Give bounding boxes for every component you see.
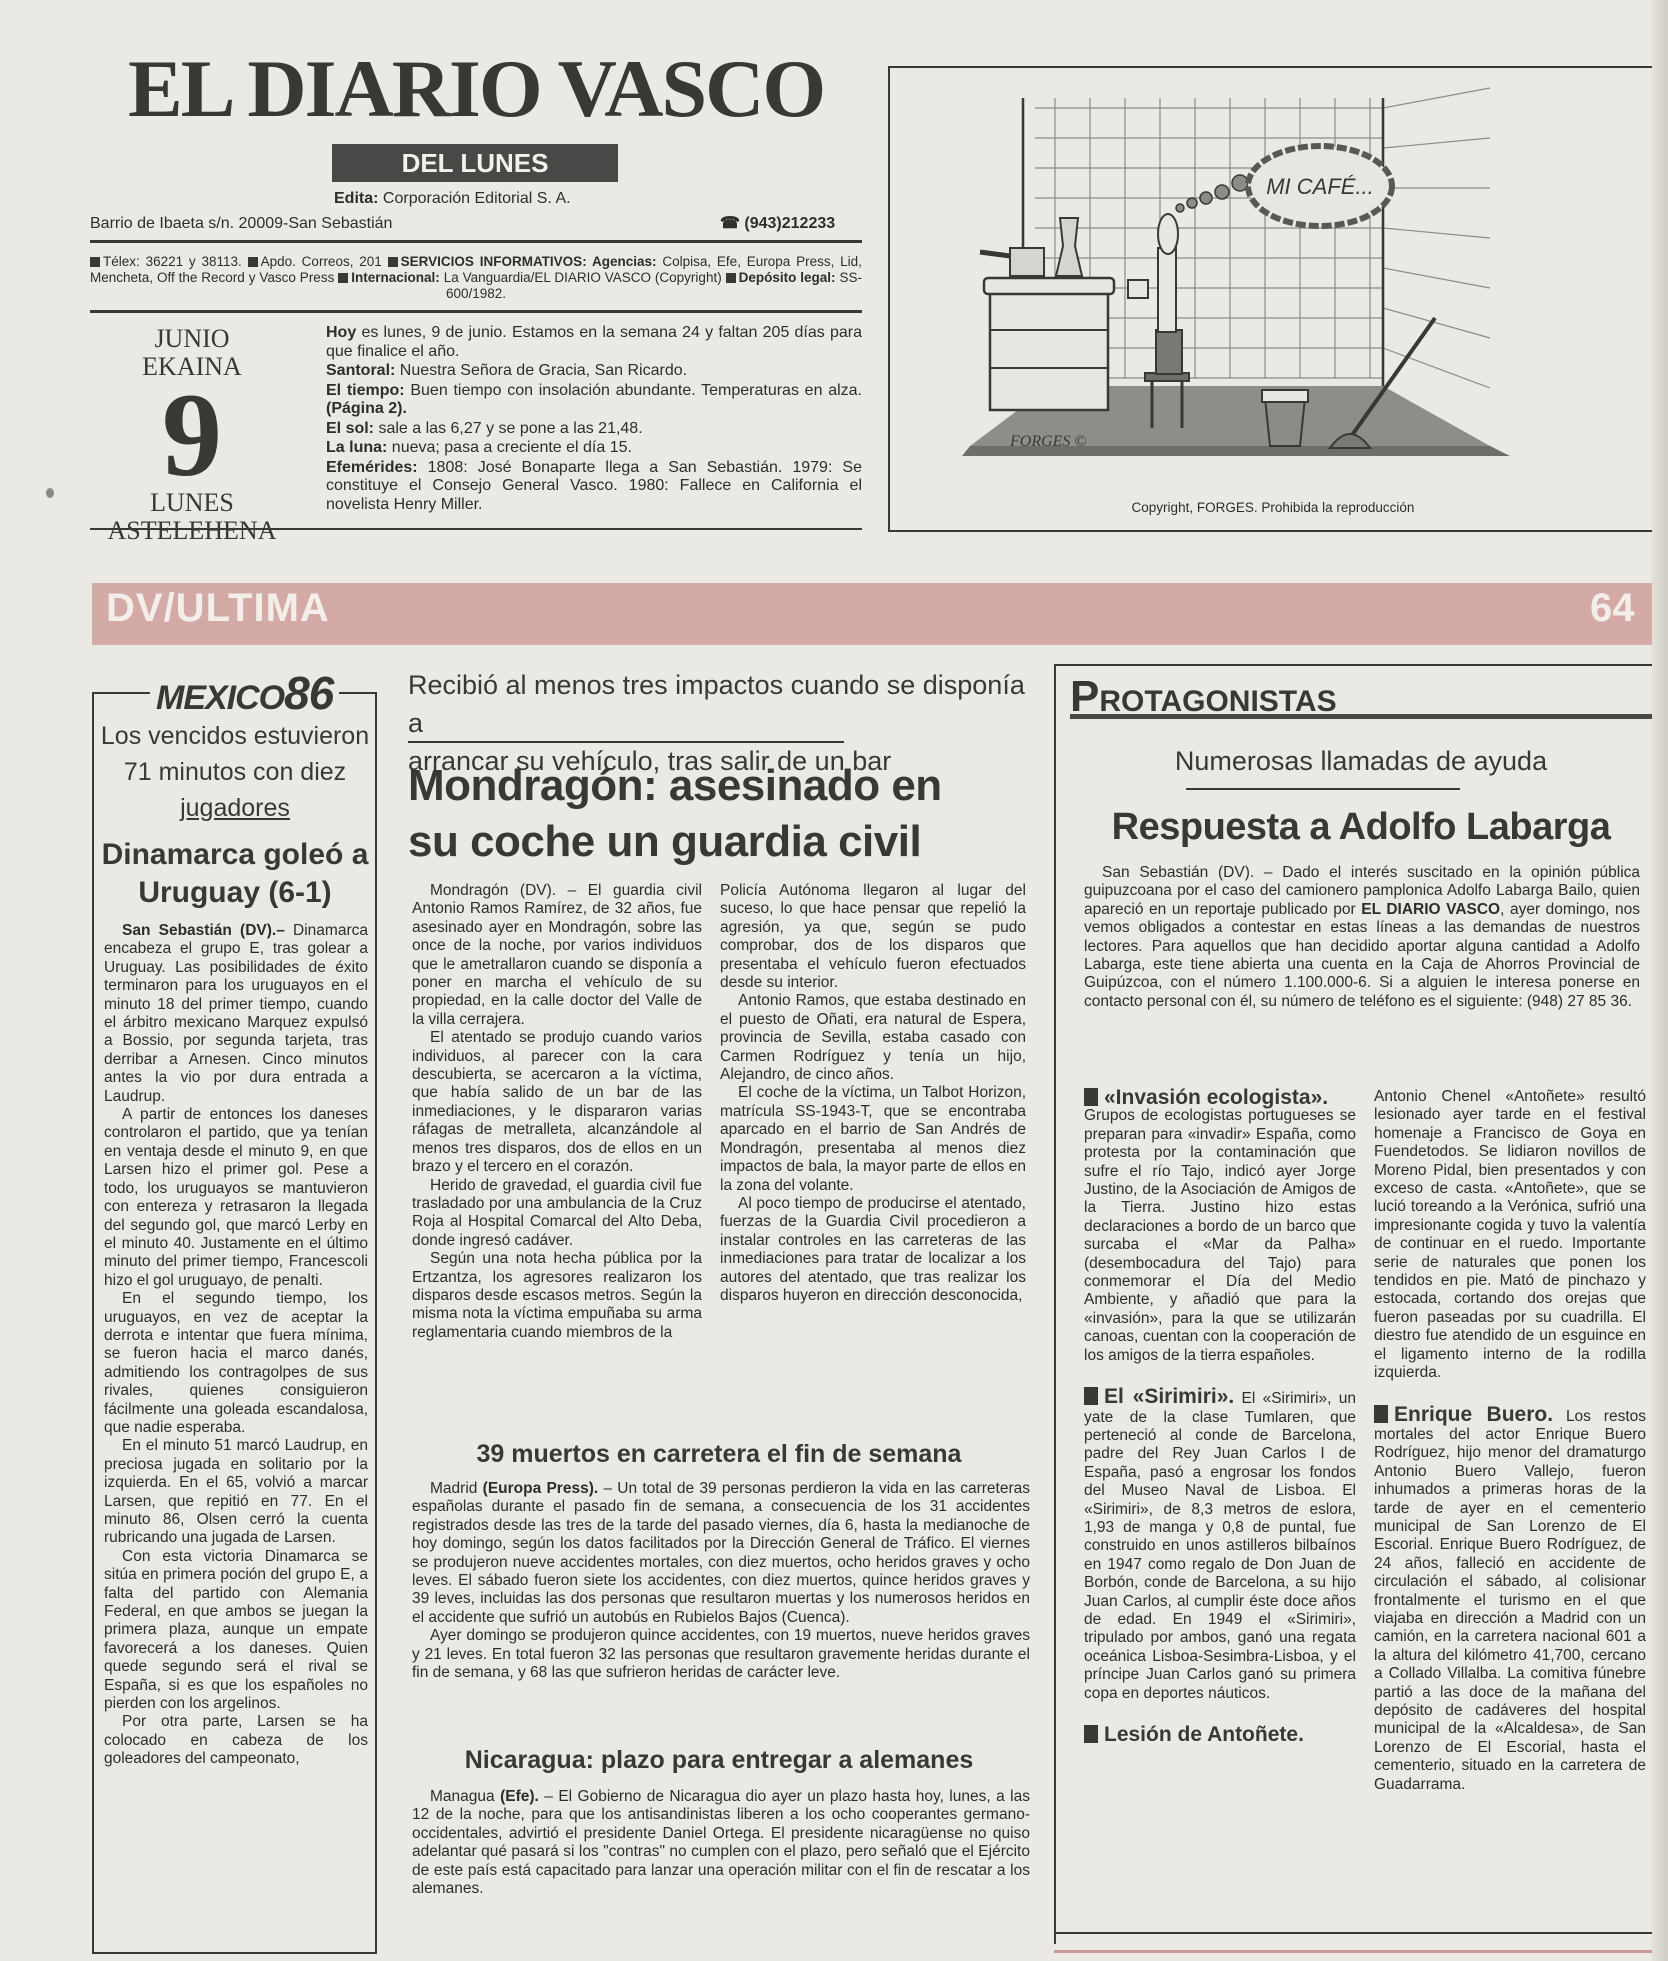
brief-item: Enrique Buero. Los restos mortales del a… xyxy=(1374,1405,1646,1795)
paragraph: Mondragón (DV). – El guardia civil Anton… xyxy=(412,882,702,1029)
bullet-square-icon xyxy=(1084,1387,1098,1405)
paragraph: A partir de entonces los daneses control… xyxy=(104,1106,368,1290)
briefs-col1: «Invasión ecologista». Grupos de ecologi… xyxy=(1084,1088,1356,1744)
phone-line: ☎ (943)212233 xyxy=(720,213,835,233)
main-headline: Mondragón: asesinado en su coche un guar… xyxy=(408,758,1038,870)
kicker-underline xyxy=(408,741,844,743)
events-label: Efemérides: xyxy=(326,459,418,476)
brief-title-text: Enrique Buero. xyxy=(1394,1403,1553,1426)
paragraph: En el segundo tiempo, los uruguayos, en … xyxy=(104,1290,368,1437)
cartoon-caption: Copyright, FORGES. Prohibida la reproduc… xyxy=(888,500,1658,515)
paragraph: San Sebastián (DV). – Dado el interés su… xyxy=(1084,864,1640,1011)
brief-item: «Invasión ecologista». Grupos de ecologi… xyxy=(1084,1088,1356,1365)
almanac-moon: La luna: nueva; pasa a creciente el día … xyxy=(326,439,862,458)
bullet-square-icon xyxy=(1374,1405,1388,1423)
roads-article-body: Madrid (Europa Press). – Un total de 39 … xyxy=(412,1480,1030,1682)
bullet-square-icon xyxy=(90,257,100,267)
almanac-events: Efemérides: 1808: José Bonaparte llega a… xyxy=(326,459,862,515)
thought-bubble-text: MI CAFÉ... xyxy=(1266,174,1374,199)
briefs-col2: Antonio Chenel «Antoñete» resultó lesion… xyxy=(1374,1088,1646,1794)
almanac-weather: El tiempo: Buen tiempo con insolación ab… xyxy=(326,382,862,419)
paragraph: Por otra parte, Larsen se ha colocado en… xyxy=(104,1713,368,1768)
weather-text: Buen tiempo con insolación abundante. Te… xyxy=(410,382,862,399)
headline-line: Mondragón: asesinado en xyxy=(408,758,1038,814)
nicaragua-headline: Nicaragua: plazo para entregar a alemane… xyxy=(410,1746,1028,1775)
moon-text: nueva; pasa a creciente el día 15. xyxy=(392,439,632,456)
dateline-city: Managua xyxy=(430,1788,495,1805)
weather-page-ref: (Página 2). xyxy=(326,400,407,417)
telex: Télex: 36221 y 38113. xyxy=(103,254,242,269)
kicker-underline xyxy=(1186,788,1460,790)
po-box: Apdo. Correos, 201 xyxy=(261,254,382,269)
section-label: DV/ULTIMA xyxy=(106,586,330,631)
moon-label: La luna: xyxy=(326,439,387,456)
brief-text: Grupos de ecologistas portugueses se pre… xyxy=(1084,1107,1356,1365)
bullet-square-icon xyxy=(1084,1088,1098,1106)
newspaper-title: EL DIARIO VASCO xyxy=(128,48,828,130)
bullet-square-icon xyxy=(726,273,736,283)
divider xyxy=(1054,1932,1668,1934)
kicker-line: 71 minutos con diez xyxy=(96,754,374,790)
kicker-line: jugadores xyxy=(96,790,374,826)
brief-continuation: Antonio Chenel «Antoñete» resultó lesion… xyxy=(1374,1088,1646,1383)
almanac: Hoy es lunes, 9 de junio. Estamos en la … xyxy=(326,324,862,515)
today-label: Hoy xyxy=(326,324,356,341)
paragraph-text: Dinamarca encabeza el grupo E, tras gole… xyxy=(104,922,368,1105)
mexico-article-body: San Sebastián (DV).– Dinamarca encabeza … xyxy=(104,922,368,1769)
protagonistas-kicker: Numerosas llamadas de ayuda xyxy=(1054,746,1668,777)
bullet-square-icon xyxy=(1084,1725,1098,1743)
paragraph: Antonio Ramos, que estaba destinado en e… xyxy=(720,992,1026,1084)
dateline-agency: (Efe). xyxy=(500,1788,539,1805)
paragraph-text: – El guardia civil Antonio Ramos Ramírez… xyxy=(412,882,702,1028)
almanac-saints: Santoral: Nuestra Señora de Gracia, San … xyxy=(326,362,862,381)
saints-label: Santoral: xyxy=(326,362,395,379)
paragraph: Al poco tiempo de producirse el atentado… xyxy=(720,1195,1026,1305)
page-edge xyxy=(1652,0,1668,1961)
paragraph: Herido de gravedad, el guardia civil fue… xyxy=(412,1177,702,1251)
cartoonist-signature: FORGES © xyxy=(1009,433,1087,450)
address: Barrio de Ibaeta s/n. 20009-San Sebastiá… xyxy=(90,215,392,233)
paragraph: Ayer domingo se produjeron quince accide… xyxy=(412,1627,1030,1682)
dateline: Mondragón (DV). xyxy=(430,882,556,899)
cartoon-frame: MI CAFÉ... FORGES © xyxy=(888,66,1658,532)
today-text: es lunes, 9 de junio. Estamos en la sema… xyxy=(326,324,862,360)
almanac-sun: El sol: sale a las 6,27 y se pone a las … xyxy=(326,420,862,439)
dateline: San Sebastián (DV). xyxy=(1102,864,1254,881)
bullet-square-icon xyxy=(338,273,348,283)
divider xyxy=(90,240,862,243)
logo-year: 86 xyxy=(284,667,333,719)
calendar-block: JUNIO EKAINA 9 LUNES ASTELEHENA xyxy=(92,325,292,545)
legal-deposit-label: Depósito legal: xyxy=(739,270,836,285)
publisher-line: Edita: Corporación Editorial S. A. xyxy=(334,190,571,208)
brief-title: «Invasión ecologista». xyxy=(1084,1088,1356,1107)
phone-icon: ☎ xyxy=(720,215,740,232)
main-article-col2: Policía Autónoma llegaron al lugar del s… xyxy=(720,882,1026,1305)
sun-label: El sol: xyxy=(326,420,374,437)
sun-text: sale a las 6,27 y se pone a las 21,48. xyxy=(378,420,642,437)
brief-text: Los restos mortales del actor Enrique Bu… xyxy=(1374,1408,1646,1793)
brief-title-text: El «Sirimiri». xyxy=(1104,1385,1234,1408)
paragraph: Según una nota hecha pública por la Ertz… xyxy=(412,1250,702,1342)
paragraph: Con esta victoria Dinamarca se sitúa en … xyxy=(104,1548,368,1714)
kicker-line: Los vencidos estuvieron xyxy=(96,718,374,754)
bottom-band xyxy=(1054,1950,1668,1953)
print-smudge xyxy=(46,488,54,498)
paragraph-text: – Un total de 39 personas perdieron la v… xyxy=(412,1480,1030,1626)
paragraph: San Sebastián (DV).– Dinamarca encabeza … xyxy=(104,922,368,1106)
cartoon-illustration: MI CAFÉ... FORGES © xyxy=(890,68,1656,498)
mexico-headline: Dinamarca goleó a Uruguay (6-1) xyxy=(96,836,374,912)
masthead-info: Télex: 36221 y 38113. Apdo. Correos, 201… xyxy=(90,254,862,302)
weekday-basque: ASTELEHENA xyxy=(92,517,292,545)
divider xyxy=(90,528,862,530)
mexico-kicker: Los vencidos estuvieron 71 minutos con d… xyxy=(96,718,374,826)
dateline: San Sebastián (DV).– xyxy=(122,922,285,939)
logo-text: MEXICO xyxy=(156,679,284,717)
newspaper-name: EL DIARIO VASCO xyxy=(1361,901,1500,918)
publisher-label: Edita: xyxy=(334,190,378,207)
brief-item: Lesión de Antoñete. xyxy=(1084,1725,1356,1744)
publisher-name: Corporación Editorial S. A. xyxy=(383,190,571,207)
paragraph: En el minuto 51 marcó Laudrup, en precio… xyxy=(104,1437,368,1547)
bullet-square-icon xyxy=(248,257,258,267)
kicker-line: Recibió al menos tres impactos cuando se… xyxy=(408,666,1028,742)
dateline-agency: (Europa Press). xyxy=(483,1480,599,1497)
saints-text: Nuestra Señora de Gracia, San Ricardo. xyxy=(400,362,687,379)
brief-text: El «Sirimiri», un yate de la clase Tumla… xyxy=(1084,1390,1356,1702)
edition-label: DEL LUNES xyxy=(332,144,618,182)
paragraph: Madrid (Europa Press). – Un total de 39 … xyxy=(412,1480,1030,1627)
protagonistas-lead: San Sebastián (DV). – Dado el interés su… xyxy=(1084,864,1640,1011)
paragraph: El coche de la víctima, un Talbot Horizo… xyxy=(720,1084,1026,1194)
international-value: La Vanguardia/EL DIARIO VASCO (Copyright… xyxy=(444,270,722,285)
mexico86-logo: MEXICO86 xyxy=(150,666,339,720)
paragraph: El atentado se produjo cuando varios ind… xyxy=(412,1029,702,1176)
brief-title: Lesión de Antoñete. xyxy=(1084,1725,1356,1744)
month-spanish: JUNIO xyxy=(92,325,292,353)
services-label: SERVICIOS INFORMATIVOS: Agencias: xyxy=(401,254,657,269)
bullet-square-icon xyxy=(388,257,398,267)
phone-number: (943)212233 xyxy=(744,215,835,232)
roads-headline: 39 muertos en carretera el fin de semana xyxy=(410,1440,1028,1469)
brief-title: El «Sirimiri». xyxy=(1084,1385,1234,1408)
dateline-city: Madrid xyxy=(430,1480,477,1497)
day-number: 9 xyxy=(92,381,292,489)
divider xyxy=(90,310,862,313)
international-label: Internacional: xyxy=(351,270,440,285)
section-rule xyxy=(1070,714,1660,719)
weather-label: El tiempo: xyxy=(326,382,405,399)
almanac-today: Hoy es lunes, 9 de junio. Estamos en la … xyxy=(326,324,862,361)
main-article-col1: Mondragón (DV). – El guardia civil Anton… xyxy=(412,882,702,1342)
brief-title-text: «Invasión ecologista». xyxy=(1104,1086,1328,1109)
brief-title: Enrique Buero. xyxy=(1374,1403,1553,1426)
brief-item: El «Sirimiri». El «Sirimiri», un yate de… xyxy=(1084,1387,1356,1703)
paragraph: Policía Autónoma llegaron al lugar del s… xyxy=(720,882,1026,992)
weekday-spanish: LUNES xyxy=(92,489,292,517)
headline-line: su coche un guardia civil xyxy=(408,814,1038,870)
brief-title-text: Lesión de Antoñete. xyxy=(1104,1723,1304,1746)
paragraph: Managua (Efe). – El Gobierno de Nicaragu… xyxy=(412,1788,1030,1898)
nicaragua-article-body: Managua (Efe). – El Gobierno de Nicaragu… xyxy=(412,1788,1030,1898)
page-number: 64 xyxy=(1590,586,1635,631)
protagonistas-headline: Respuesta a Adolfo Labarga xyxy=(1054,806,1668,849)
